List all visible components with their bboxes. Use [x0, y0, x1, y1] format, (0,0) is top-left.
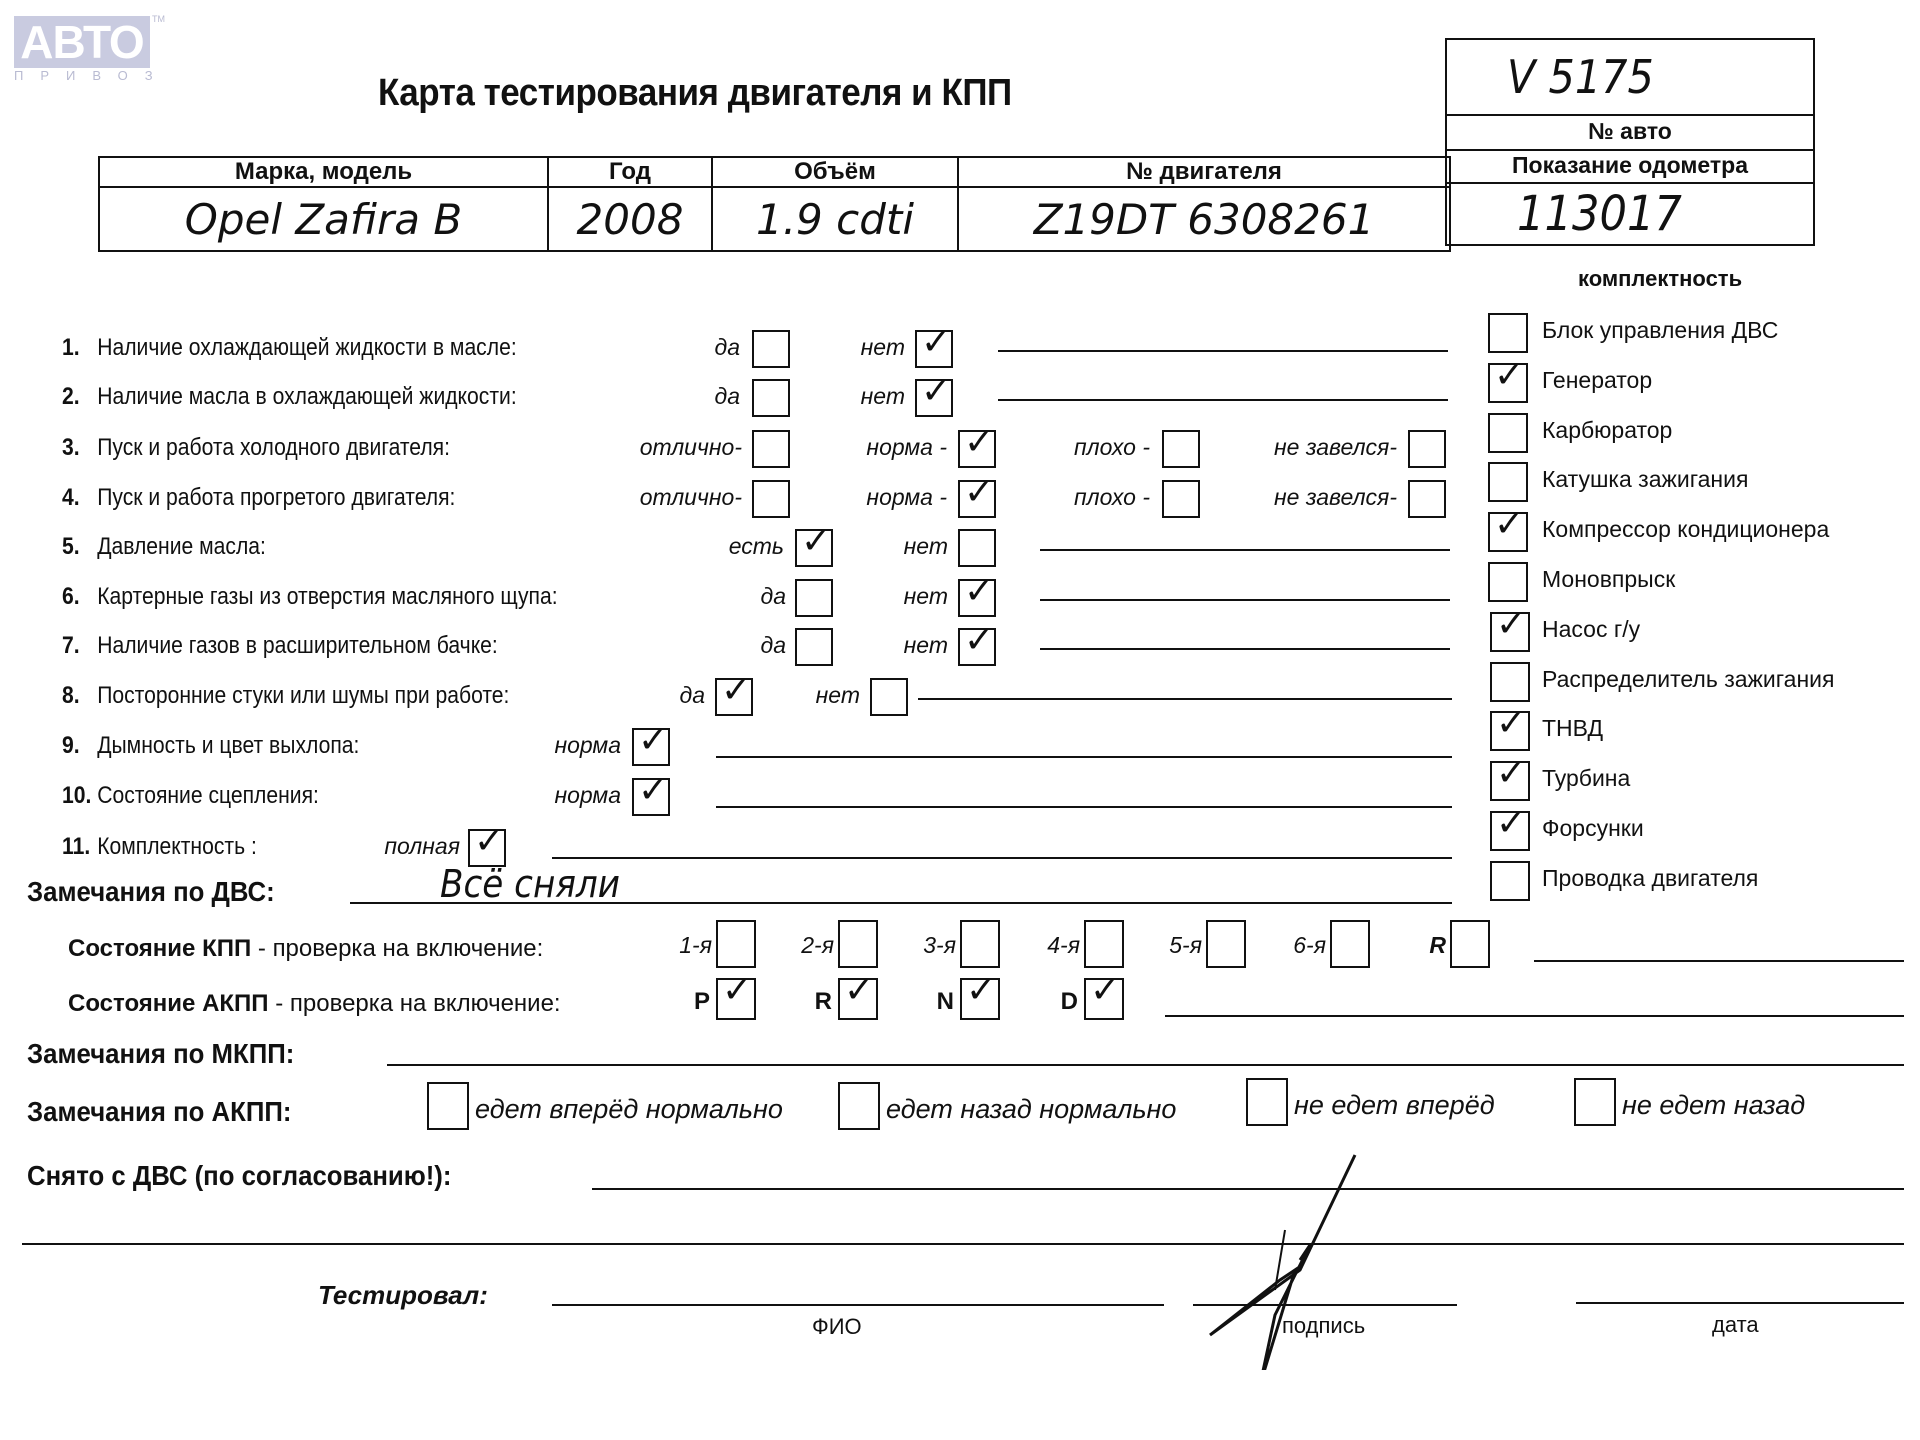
- check-number: 5.: [62, 533, 97, 561]
- gear-checkbox[interactable]: [1206, 920, 1246, 968]
- signature-icon: [1180, 1150, 1380, 1370]
- auto-remark-checkbox[interactable]: [838, 1082, 880, 1130]
- check-number: 7.: [62, 632, 97, 660]
- check-number: 11.: [62, 833, 97, 861]
- auto-remark-label: едет назад нормально: [886, 1094, 1176, 1125]
- check-label: 4.Пуск и работа прогретого двигателя:: [62, 484, 455, 512]
- check-number: 10.: [62, 782, 97, 810]
- gear-label: R: [815, 988, 832, 1016]
- option-label: не завелся-: [1274, 484, 1397, 511]
- option-label: да: [714, 383, 740, 410]
- page-title: Карта тестирования двигателя и КПП: [378, 72, 1012, 115]
- completeness-item: Катушка зажигания: [1542, 466, 1748, 493]
- check-text: Картерные газы из отверстия масляного щу…: [97, 583, 557, 610]
- option-checkbox[interactable]: [632, 778, 670, 816]
- column-make-model: Марка, модель: [99, 157, 548, 187]
- option-checkbox[interactable]: [958, 579, 996, 617]
- car-info-box: V 5175 № авто Показание одометра 113017: [1445, 38, 1815, 246]
- make-model-field[interactable]: Opel Zafira B: [99, 187, 548, 251]
- year-value: 2008: [577, 195, 684, 244]
- gear-checkbox[interactable]: [838, 978, 878, 1020]
- check-label: 3.Пуск и работа холодного двигателя:: [62, 434, 450, 462]
- check-note-line[interactable]: [552, 857, 1452, 859]
- gear-checkbox[interactable]: [838, 920, 878, 968]
- option-checkbox[interactable]: [915, 379, 953, 417]
- manual-remarks-label: Замечания по МКПП:: [27, 1038, 294, 1070]
- option-label: не завелся-: [1274, 434, 1397, 461]
- gear-checkbox[interactable]: [716, 920, 756, 968]
- check-text: Пуск и работа холодного двигателя:: [97, 434, 450, 461]
- removed-parts-label: Снято с ДВС (по согласованию!):: [27, 1160, 451, 1192]
- odometer-value: 113017: [1517, 186, 1682, 242]
- check-note-line[interactable]: [716, 756, 1452, 758]
- option-label: норма -: [866, 484, 947, 511]
- name-line[interactable]: [552, 1304, 1164, 1306]
- removed-parts-line-2[interactable]: [22, 1243, 1904, 1245]
- check-text: Состояние сцепления:: [97, 782, 319, 809]
- avtoprivoz-logo: АВТО: [14, 16, 150, 68]
- make-model-value: Opel Zafira B: [185, 195, 462, 244]
- check-label: 6.Картерные газы из отверстия масляного …: [62, 583, 558, 611]
- date-caption: дата: [1712, 1312, 1759, 1338]
- completeness-item: Турбина: [1542, 765, 1630, 792]
- completeness-checkbox[interactable]: [1490, 761, 1530, 801]
- option-label: отлично-: [640, 484, 742, 511]
- column-volume: Объём: [712, 157, 958, 187]
- check-text: Пуск и работа прогретого двигателя:: [97, 484, 455, 511]
- auto-remark-label: едет вперёд нормально: [475, 1094, 783, 1125]
- check-label: 8.Посторонние стуки или шумы при работе:: [62, 682, 509, 710]
- engine-number-value: Z19DT 6308261: [1034, 195, 1375, 244]
- completeness-checkbox[interactable]: [1490, 861, 1530, 901]
- check-number: 6.: [62, 583, 97, 611]
- auto-gearbox-label-bold: Состояние АКПП: [68, 990, 269, 1017]
- gear-checkbox[interactable]: [1084, 920, 1124, 968]
- option-label: да: [760, 632, 786, 659]
- gear-label: 4-я: [1047, 932, 1080, 959]
- auto-gearbox-label: Состояние АКПП - проверка на включение:: [68, 990, 561, 1018]
- option-label: норма: [554, 732, 621, 759]
- option-label: нет: [904, 583, 948, 610]
- check-text: Давление масла:: [97, 533, 266, 560]
- option-checkbox[interactable]: [958, 529, 996, 567]
- gear-label: 5-я: [1169, 932, 1202, 959]
- option-label: отлично-: [640, 434, 742, 461]
- option-checkbox[interactable]: [795, 628, 833, 666]
- year-field[interactable]: 2008: [548, 187, 712, 251]
- auto-remark-label: не едет вперёд: [1294, 1090, 1495, 1121]
- completeness-title: комплектность: [1578, 266, 1742, 292]
- option-checkbox[interactable]: [795, 529, 833, 567]
- completeness-item: Насос г/у: [1542, 616, 1640, 643]
- option-label: норма -: [866, 434, 947, 461]
- option-label: полная: [384, 833, 460, 860]
- check-text: Дымность и цвет выхлопа:: [97, 732, 359, 759]
- odometer-field[interactable]: 113017: [1447, 182, 1813, 244]
- gear-label: 2-я: [801, 932, 834, 959]
- option-label: плохо -: [1074, 484, 1150, 511]
- option-label: плохо -: [1074, 434, 1150, 461]
- gear-label: R: [1429, 932, 1446, 959]
- check-number: 4.: [62, 484, 97, 512]
- check-note-line[interactable]: [1040, 549, 1450, 551]
- completeness-checkbox[interactable]: [1490, 612, 1530, 652]
- option-checkbox[interactable]: [752, 430, 790, 468]
- gear-checkbox[interactable]: [716, 978, 756, 1020]
- check-number: 1.: [62, 334, 97, 362]
- auto-gearbox-line[interactable]: [1165, 1015, 1904, 1017]
- option-label: нет: [904, 632, 948, 659]
- completeness-checkbox[interactable]: [1488, 462, 1528, 502]
- check-label: 2.Наличие масла в охлаждающей жидкости:: [62, 383, 517, 411]
- gear-checkbox[interactable]: [960, 920, 1000, 968]
- column-year: Год: [548, 157, 712, 187]
- check-note-line[interactable]: [1040, 648, 1450, 650]
- gear-checkbox[interactable]: [1330, 920, 1370, 968]
- option-label: да: [714, 334, 740, 361]
- completeness-item: Моновпрыск: [1542, 566, 1675, 593]
- completeness-item: ТНВД: [1542, 715, 1603, 742]
- manual-gearbox-label-bold: Состояние КПП: [68, 935, 251, 962]
- auto-remark-checkbox[interactable]: [1246, 1078, 1288, 1126]
- completeness-checkbox[interactable]: [1490, 811, 1530, 851]
- option-checkbox[interactable]: [1408, 430, 1446, 468]
- completeness-checkbox[interactable]: [1488, 413, 1528, 453]
- auto-remarks-label: Замечания по АКПП:: [27, 1096, 291, 1128]
- column-engine-number: № двигателя: [958, 157, 1450, 187]
- gear-label: P: [694, 988, 710, 1016]
- car-number-label: № авто: [1447, 114, 1813, 151]
- logo-trademark: TM: [152, 14, 165, 24]
- option-checkbox[interactable]: [632, 728, 670, 766]
- completeness-item: Форсунки: [1542, 815, 1644, 842]
- check-note-line[interactable]: [716, 806, 1452, 808]
- name-caption: ФИО: [812, 1314, 862, 1340]
- check-text: Посторонние стуки или шумы при работе:: [97, 682, 509, 709]
- check-label: 7.Наличие газов в расширительном бачке:: [62, 632, 498, 660]
- option-label: нет: [861, 383, 905, 410]
- gear-label: N: [937, 988, 954, 1016]
- completeness-checkbox[interactable]: [1488, 512, 1528, 552]
- vehicle-header-table: Марка, модель Год Объём № двигателя Opel…: [98, 156, 1451, 252]
- option-label: нет: [816, 682, 860, 709]
- check-note-line[interactable]: [998, 350, 1448, 352]
- completeness-item: Распределитель зажигания: [1542, 666, 1834, 693]
- manual-remarks-line[interactable]: [387, 1064, 1904, 1066]
- option-checkbox[interactable]: [752, 330, 790, 368]
- option-checkbox[interactable]: [870, 678, 908, 716]
- option-checkbox[interactable]: [795, 579, 833, 617]
- option-label: да: [760, 583, 786, 610]
- option-label: есть: [729, 533, 784, 560]
- engine-number-field[interactable]: Z19DT 6308261: [958, 187, 1450, 251]
- car-number-field[interactable]: V 5175: [1447, 40, 1813, 116]
- completeness-checkbox[interactable]: [1490, 711, 1530, 751]
- option-label: норма: [554, 782, 621, 809]
- option-checkbox[interactable]: [1162, 430, 1200, 468]
- option-label: нет: [861, 334, 905, 361]
- option-checkbox[interactable]: [958, 430, 996, 468]
- completeness-checkbox[interactable]: [1488, 562, 1528, 602]
- completeness-checkbox[interactable]: [1488, 363, 1528, 403]
- check-label: 1.Наличие охлаждающей жидкости в масле:: [62, 334, 517, 362]
- check-number: 8.: [62, 682, 97, 710]
- auto-remark-checkbox[interactable]: [427, 1082, 469, 1130]
- check-label: 9.Дымность и цвет выхлопа:: [62, 732, 359, 760]
- manual-gearbox-label-rest: - проверка на включение:: [251, 935, 543, 962]
- odometer-label: Показание одометра: [1447, 149, 1813, 184]
- auto-remark-label: не едет назад: [1622, 1090, 1805, 1121]
- manual-gearbox-line[interactable]: [1534, 960, 1904, 962]
- volume-field[interactable]: 1.9 cdti: [712, 187, 958, 251]
- check-note-line[interactable]: [998, 399, 1448, 401]
- check-number: 3.: [62, 434, 97, 462]
- car-number-value: V 5175: [1507, 50, 1654, 104]
- option-checkbox[interactable]: [958, 628, 996, 666]
- option-label: да: [679, 682, 705, 709]
- gear-label: 6-я: [1293, 932, 1326, 959]
- option-checkbox[interactable]: [1408, 480, 1446, 518]
- check-note-line[interactable]: [1040, 599, 1450, 601]
- completeness-item: Проводка двигателя: [1542, 865, 1758, 892]
- logo-subtitle: ПРИВОЗ: [14, 68, 170, 83]
- tested-by-label: Тестировал:: [318, 1280, 488, 1311]
- check-label: 5.Давление масла:: [62, 533, 266, 561]
- check-label: 11.Комплектность :: [62, 833, 257, 861]
- check-text: Комплектность :: [97, 833, 257, 860]
- auto-gearbox-label-rest: - проверка на включение:: [269, 990, 561, 1017]
- check-label: 10.Состояние сцепления:: [62, 782, 319, 810]
- volume-value: 1.9 cdti: [756, 195, 914, 244]
- gear-checkbox[interactable]: [1450, 920, 1490, 968]
- option-checkbox[interactable]: [1162, 480, 1200, 518]
- engine-remarks-label: Замечания по ДВС:: [27, 876, 275, 908]
- option-checkbox[interactable]: [958, 480, 996, 518]
- completeness-item: Генератор: [1542, 367, 1652, 394]
- completeness-item: Блок управления ДВС: [1542, 317, 1778, 344]
- option-label: нет: [904, 533, 948, 560]
- check-text: Наличие газов в расширительном бачке:: [97, 632, 498, 659]
- date-line[interactable]: [1576, 1302, 1904, 1304]
- completeness-checkbox[interactable]: [1488, 313, 1528, 353]
- gear-checkbox[interactable]: [1084, 978, 1124, 1020]
- check-note-line[interactable]: [918, 698, 1452, 700]
- auto-remark-checkbox[interactable]: [1574, 1078, 1616, 1126]
- completeness-checkbox[interactable]: [1490, 662, 1530, 702]
- completeness-item: Компрессор кондиционера: [1542, 516, 1829, 543]
- option-checkbox[interactable]: [715, 678, 753, 716]
- engine-remarks-value: Всё сняли: [440, 862, 620, 906]
- check-text: Наличие масла в охлаждающей жидкости:: [97, 383, 516, 410]
- gear-checkbox[interactable]: [960, 978, 1000, 1020]
- check-number: 9.: [62, 732, 97, 760]
- option-checkbox[interactable]: [752, 379, 790, 417]
- option-checkbox[interactable]: [752, 480, 790, 518]
- manual-gearbox-label: Состояние КПП - проверка на включение:: [68, 935, 543, 963]
- gear-label: 1-я: [679, 932, 712, 959]
- check-text: Наличие охлаждающей жидкости в масле:: [97, 334, 516, 361]
- gear-label: D: [1061, 988, 1078, 1016]
- check-number: 2.: [62, 383, 97, 411]
- option-checkbox[interactable]: [915, 330, 953, 368]
- gear-label: 3-я: [923, 932, 956, 959]
- completeness-item: Карбюратор: [1542, 417, 1672, 444]
